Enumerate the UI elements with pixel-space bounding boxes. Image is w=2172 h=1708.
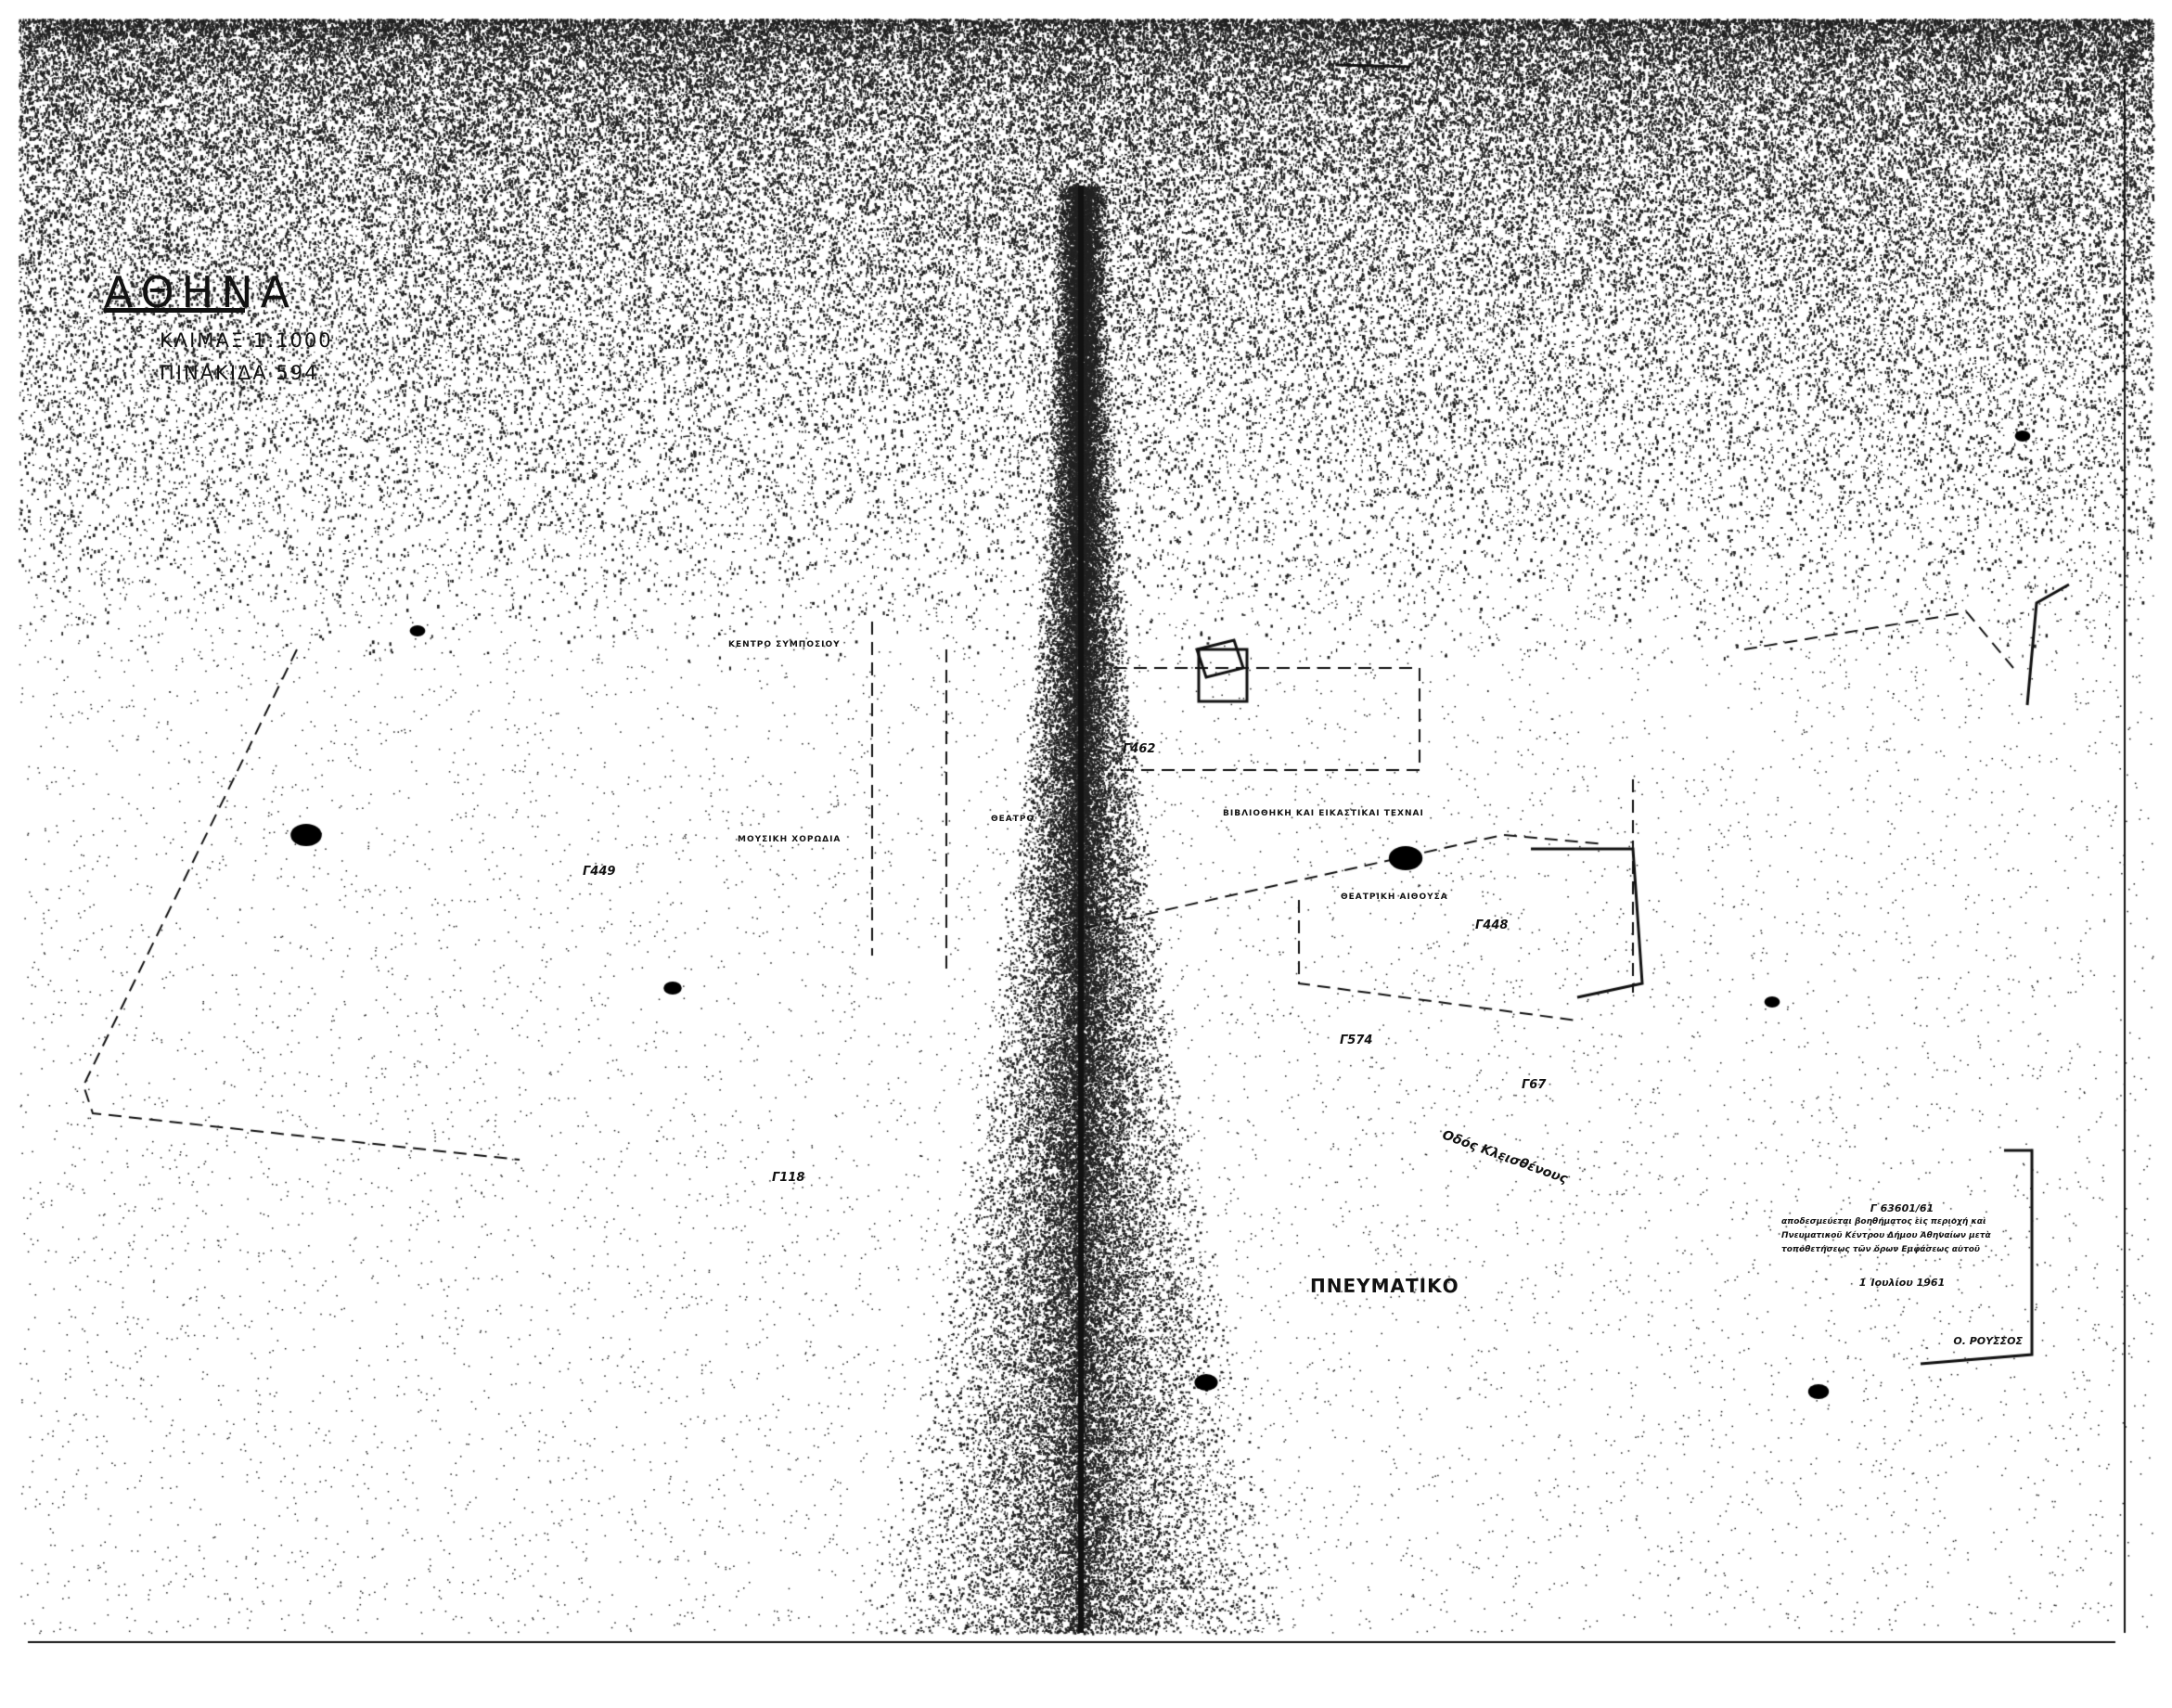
parcel-label: Γ448 [1475,918,1508,932]
parcel-label: Γ462 [1123,742,1155,756]
parcel-label: Γ574 [1340,1034,1372,1047]
scale-label: ΚΛΙΜΑΞ 1:1000 [160,329,333,352]
scan-noise-background [0,0,2172,1708]
sheet-number-label: ΠΙΝΑΚΙΔΑ 594 [160,362,319,384]
annotation-body: αποδεσμεύεται βοηθήματος εἰς περιοχή καὶ… [1781,1215,2023,1257]
annotation-date: 1 Ἰουλίου 1961 [1781,1276,2023,1290]
building-label: ΘΕΑΤΡΙΚΗ ΑΙΘΟΥΣΑ [1341,893,1448,902]
annotation-reference: Γ 63601/61 [1781,1201,2023,1215]
annotation-block: Γ 63601/61 αποδεσμεύεται βοηθήματος εἰς … [1781,1201,2023,1348]
parcel-label: Γ449 [583,865,615,879]
building-label: ΚΕΝΤΡΟ ΣΥΜΠΟΣΙΟΥ [728,640,841,649]
annotation-signature: Ο. ΡΟΥΣΣΟΣ [1781,1334,2023,1348]
district-label: ΠΝΕΥΜΑΤΙΚΟ [1310,1275,1459,1297]
building-label: ΒΙΒΛΙΟΘΗΚΗ ΚΑΙ ΕΙΚΑΣΤΙΚΑΙ ΤΕΧΝΑΙ [1223,809,1424,818]
parcel-label: Γ67 [1522,1078,1546,1092]
map-sheet: ΑΘΗΝΑ ΚΛΙΜΑΞ 1:1000 ΠΙΝΑΚΙΔΑ 594 ΚΕΝΤΡΟ … [0,0,2172,1708]
building-label: ΜΟΥΣΙΚΗ ΧΟΡΩΔΙΑ [738,835,841,844]
building-label: ΘΕΑΤΡΟ [991,815,1035,824]
title-underline [104,308,245,313]
parcel-label: Γ118 [772,1171,804,1185]
